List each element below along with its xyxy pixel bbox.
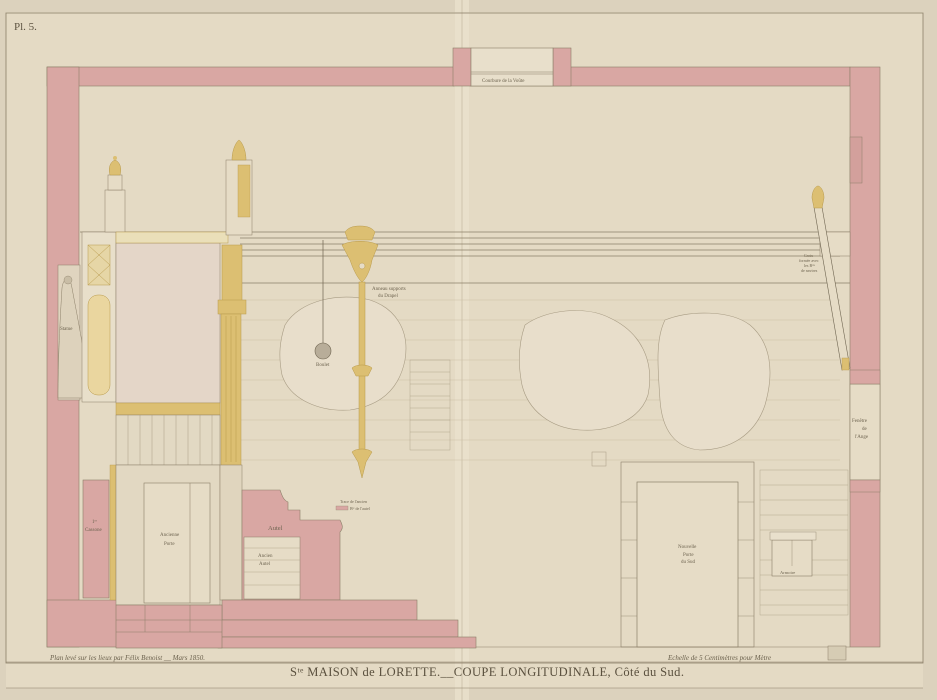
cupboard-label-1: 1ʳᵉ	[92, 520, 98, 525]
ball-label: Boulet	[316, 363, 330, 368]
old-altar-label-1: Ancien	[258, 554, 273, 559]
angel-window-label-2: de	[862, 427, 868, 432]
cupboard-label-2: Cassone	[85, 528, 102, 533]
niche-note-1: Trace de l'ancien	[340, 499, 367, 504]
angel-window-label-1: Fenêtre	[852, 419, 868, 424]
old-altar	[244, 537, 300, 599]
cupboard	[83, 480, 109, 598]
cannonball	[315, 343, 331, 359]
angel-window-label-3: l'Ange	[855, 435, 869, 440]
plate-title: Sᵗᵉ MAISON de LORETTE.__COUPE LONGITUDIN…	[290, 665, 684, 679]
anchor-label-2: du Drapel	[378, 294, 398, 299]
cross-label-4: de navires	[801, 268, 818, 273]
statue-label: Statue	[60, 327, 73, 332]
credit-text: Plan levé sur les lieux par Félix Benois…	[49, 654, 205, 662]
niche-note-2: Bᵗᵉ de l'autel	[350, 506, 371, 511]
new-door-label-2: Porte	[683, 553, 694, 558]
interior-panel	[116, 243, 220, 403]
wainscot	[116, 415, 220, 465]
angel-window	[850, 384, 880, 480]
plate-number: Pl. 5.	[14, 21, 37, 33]
ancient-door-label-2: Porte	[164, 542, 175, 547]
new-door-label-1: Nouvelle	[678, 545, 697, 550]
new-door-label-3: du Sud	[681, 560, 696, 565]
scale-text: Echelle de 5 Centimètres pour Mètre	[667, 654, 771, 662]
frieze	[116, 403, 220, 415]
vault-curve-label: Courbure de la Voûte	[482, 79, 525, 84]
stamp	[828, 646, 846, 660]
architectural-plate: Pl. 5. Courbure de la Voûte Fenêtre de l…	[0, 0, 937, 700]
cabinet-label: Armoire	[780, 570, 795, 575]
altar-label: Autel	[268, 525, 283, 532]
anchor-label-1: Anneau supports	[372, 287, 406, 292]
old-altar-label-2: Autel	[259, 562, 271, 567]
ancient-door	[144, 483, 210, 603]
ancient-door-label-1: Ancienne	[160, 533, 180, 538]
